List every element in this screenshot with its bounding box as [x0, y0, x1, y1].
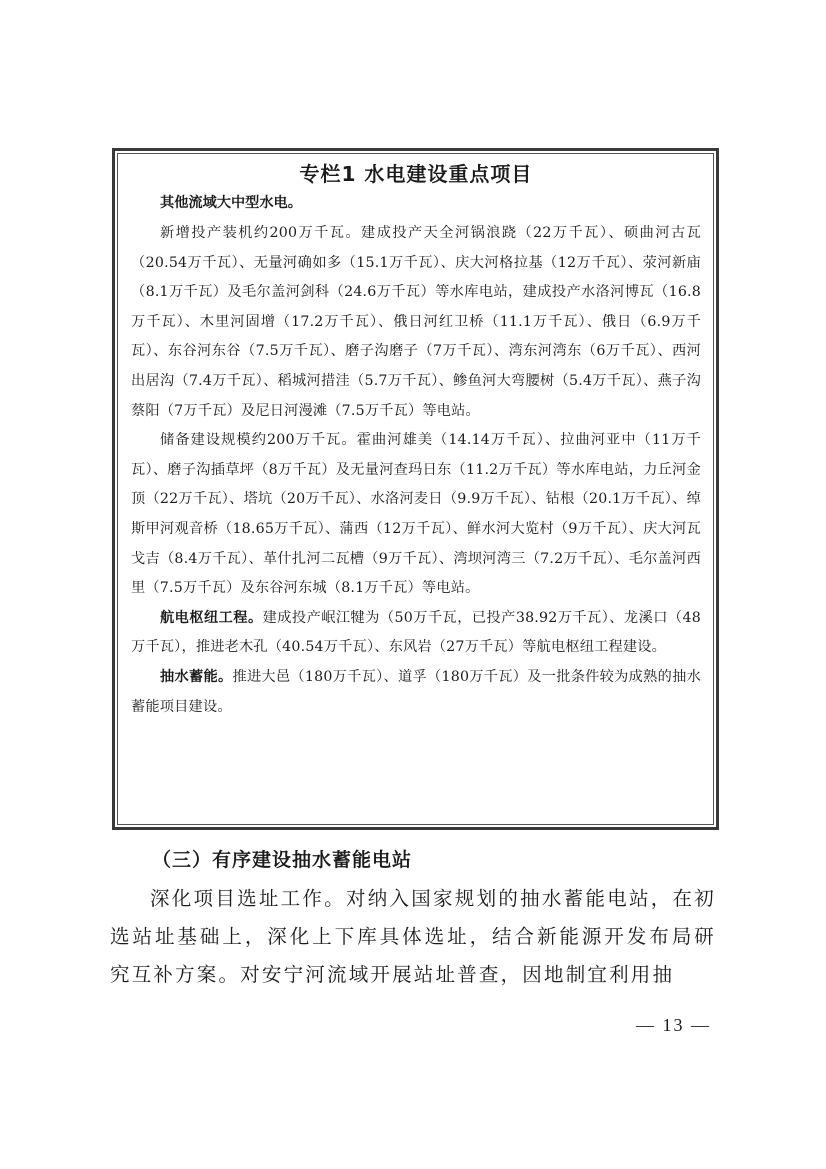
box-paragraph: 储备建设规模约200万千瓦。霍曲河雄美（14.14万千瓦）、拉曲河亚中（11万千… — [131, 426, 701, 604]
box-paragraph: 新增投产装机约200万千瓦。建成投产天全河锅浪跷（22万千瓦）、硕曲河古瓦（20… — [131, 219, 701, 426]
paragraph-lead: 抽水蓄能。 — [160, 669, 232, 685]
box-paragraph: 抽水蓄能。推进大邑（180万千瓦）、道孚（180万千瓦）及一批条件较为成熟的抽水… — [131, 663, 701, 722]
body-paragraph-text: 深化项目选址工作。对纳入国家规划的抽水蓄能电站，在初选站址基础上，深化上下库具体… — [110, 880, 716, 994]
document-page: 专栏1 水电建设重点项目 其他流域大中型水电。 新增投产装机约200万千瓦。建成… — [0, 0, 826, 1169]
paragraph-text: 新增投产装机约200万千瓦。建成投产天全河锅浪跷（22万千瓦）、硕曲河古瓦（20… — [131, 225, 701, 419]
paragraph-text: 储备建设规模约200万千瓦。霍曲河雄美（14.14万千瓦）、拉曲河亚中（11万千… — [131, 432, 701, 596]
paragraph-lead: 航电枢纽工程。 — [160, 610, 263, 626]
box-title: 专栏1 水电建设重点项目 — [131, 160, 701, 188]
sidebar-box-inner: 专栏1 水电建设重点项目 其他流域大中型水电。 新增投产装机约200万千瓦。建成… — [117, 153, 714, 825]
box-subheading: 其他流域大中型水电。 — [160, 190, 701, 216]
section-heading: （三）有序建设抽水蓄能电站 — [152, 845, 412, 872]
page-number: — 13 — — [636, 1015, 711, 1036]
body-paragraph: 深化项目选址工作。对纳入国家规划的抽水蓄能电站，在初选站址基础上，深化上下库具体… — [110, 880, 716, 994]
box-paragraph: 航电枢纽工程。建成投产岷江犍为（50万千瓦，已投产38.92万千瓦）、龙溪口（4… — [131, 604, 701, 663]
sidebar-box: 专栏1 水电建设重点项目 其他流域大中型水电。 新增投产装机约200万千瓦。建成… — [112, 148, 719, 830]
